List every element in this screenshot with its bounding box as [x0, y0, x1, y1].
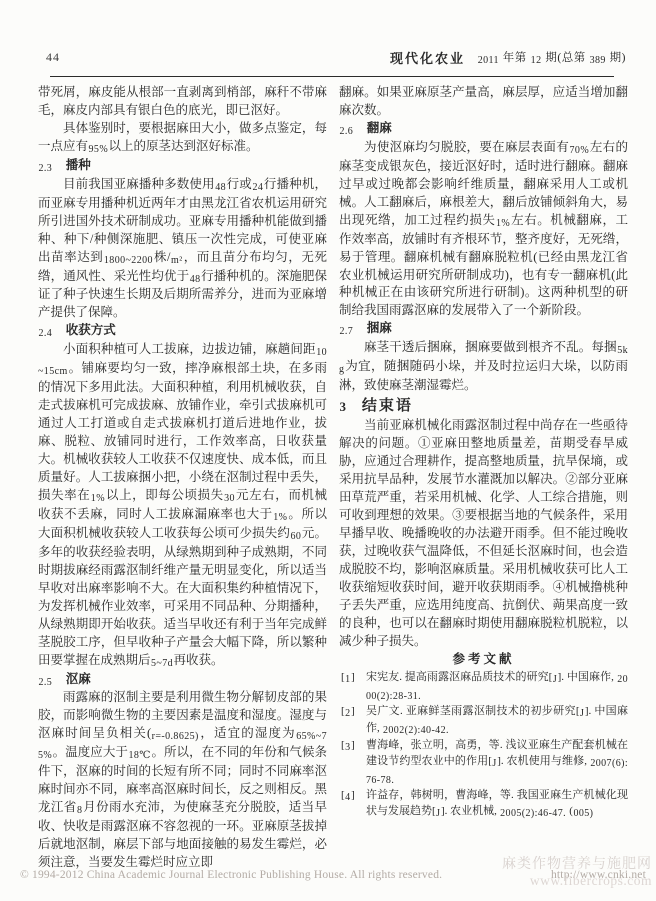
references-list: [1]宋宪友. 提高雨露沤麻品质技术的研究[J]. 中国麻作, 2000(2):… — [339, 669, 628, 820]
section-number: 2.7 — [339, 320, 354, 339]
section-title: 沤麻 — [66, 672, 91, 686]
paragraph-continuation-left: 带死屑，麻皮能从根部一直剥离到梢部，麻秆不带麻毛，麻皮内部具有银白色的底光，即已… — [38, 84, 327, 120]
journal-scan-page: 44 现代化农业 2011 年第 12 期(总第 389 期) 带死屑，麻皮能从… — [0, 0, 656, 901]
paragraph-identification: 具体鉴别时，要根据麻田大小，做多点鉴定，每一点应有95%以上的原茎达到沤好标准。 — [38, 120, 327, 157]
section-heading-3-conclusion: 3结束语 — [339, 395, 628, 417]
reference-item: [1]宋宪友. 提高雨露沤麻品质技术的研究[J]. 中国麻作, 2000(2):… — [339, 669, 628, 703]
section-title: 播种 — [66, 158, 91, 172]
section-number: 2.3 — [38, 157, 53, 176]
journal-name: 现代化农业 — [390, 48, 465, 67]
paragraph-retting: 雨露麻的沤制主要是利用微生物分解韧皮部的果胶，而影响微生物的主要因素是温度和湿度… — [38, 689, 327, 872]
reference-marker: [4] — [341, 787, 355, 804]
paragraph-continuation-right: 翻麻。如果亚麻原茎产量高，麻层厚，应适当增加翻麻次数。 — [339, 84, 628, 120]
reference-text: 宋宪友. 提高雨露沤麻品质技术的研究[J]. 中国麻作, 2000(2):28-… — [366, 671, 628, 700]
page-number: 44 — [46, 50, 60, 65]
section-heading-2-3: 2.3播种 — [38, 157, 327, 176]
reference-item: [2]吴广文. 亚麻鲜茎雨露沤制技术的初步研究[J]. 中国麻作, 2002(2… — [339, 703, 628, 737]
watermark-site-name: 麻类作物营养与施肥网 — [502, 857, 652, 873]
reference-item: [4]许益存，韩树明，曹海峰，等. 我国亚麻生产机械化现状与发展趋势[J]. 农… — [339, 787, 628, 820]
reference-text: 曹海峰，张立明，高勇，等. 浅议亚麻生产配套机械在建设节约型农业中的作用[J].… — [366, 739, 628, 784]
section-heading-2-7: 2.7捆麻 — [339, 320, 628, 339]
reference-marker: [2] — [341, 703, 355, 720]
reference-text: 吴广文. 亚麻鲜茎雨露沤制技术的初步研究[J]. 中国麻作, 2002(2):4… — [366, 705, 628, 734]
section-heading-2-6: 2.6翻麻 — [339, 120, 628, 139]
section-number: 2.6 — [339, 120, 354, 139]
issue-info: 2011 年第 12 期(总第 389 期) — [477, 49, 626, 65]
copyright-text: © 1994-2012 China Academic Journal Elect… — [20, 869, 442, 881]
paragraph-turning: 为使沤麻均匀脱胶，要在麻层表面有70%左右的麻茎变成银灰色，接近沤好时，适时进行… — [339, 139, 628, 321]
references-heading: 参考文献 — [339, 651, 628, 669]
section-number: 2.5 — [38, 671, 53, 690]
section-number: 2.4 — [38, 322, 53, 341]
section-heading-2-5: 2.5沤麻 — [38, 671, 327, 690]
page-header: 44 现代化农业 2011 年第 12 期(总第 389 期) — [0, 48, 656, 70]
paragraph-bundling: 麻茎干透后捆麻，捆麻要做到根齐不乱。每捆5kg为宜，随捆随码小垛，并及时拉运归大… — [339, 339, 628, 395]
watermark-site-url: www.fibercrops.com — [502, 873, 652, 889]
reference-item: [3]曹海峰，张立明，高勇，等. 浅议亚麻生产配套机械在建设节约型农业中的作用[… — [339, 737, 628, 787]
section-heading-2-4: 2.4收获方式 — [38, 322, 327, 341]
section-title: 收获方式 — [66, 323, 116, 337]
paragraph-conclusion: 当前亚麻机械化雨露沤制过程中尚存在一些亟待解决的问题。①亚麻田整地质量差，苗期受… — [339, 417, 628, 650]
section-title: 翻麻 — [367, 121, 392, 135]
left-column: 带死屑，麻皮能从根部一直剥离到梢部，麻秆不带麻毛，麻皮内部具有银白色的底光，即已… — [38, 84, 327, 872]
reference-text: 许益存，韩树明，曹海峰，等. 我国亚麻生产机械化现状与发展趋势[J]. 农业机械… — [366, 789, 628, 817]
reference-marker: [1] — [341, 669, 355, 686]
section-title: 捆麻 — [367, 321, 392, 335]
section-title: 结束语 — [362, 398, 413, 414]
watermark: 麻类作物营养与施肥网 www.fibercrops.com — [502, 857, 652, 889]
right-column: 翻麻。如果亚麻原茎产量高，麻层厚，应适当增加翻麻次数。 2.6翻麻 为使沤麻均匀… — [339, 84, 628, 820]
reference-marker: [3] — [341, 737, 355, 754]
paragraph-harvest: 小面积种植可人工拔麻，边拔边铺，麻趟间距10~15cm。铺麻要均匀一致，摔净麻根… — [38, 341, 327, 670]
section-number: 3 — [339, 395, 347, 417]
header-rule — [50, 76, 614, 77]
paragraph-sowing: 目前我国亚麻播种多数使用48行或24行播种机，而亚麻专用播种机近两年才由黑龙江省… — [38, 176, 327, 323]
